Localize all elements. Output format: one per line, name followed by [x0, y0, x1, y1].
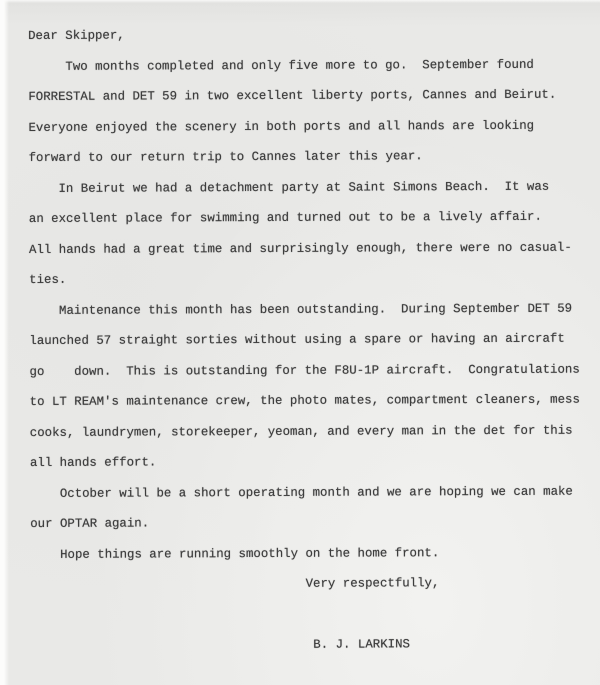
letter-line: Hope things are running smoothly on the …	[30, 537, 580, 570]
letter-line: FORRESTAL and DET 59 in two excellent li…	[28, 80, 578, 113]
letter-line-closing: Very respectfully,	[30, 568, 580, 601]
letter-line: October will be a short operating month …	[30, 476, 580, 509]
letter-line: forward to our return trip to Cannes lat…	[29, 141, 579, 174]
letter-line: In Beirut we had a detachment party at S…	[29, 171, 579, 204]
letter-page: Dear Skipper, Two months completed and o…	[0, 0, 600, 685]
letter-line: all hands effort.	[30, 446, 580, 479]
letter-line: go down. This is outstanding for the F8U…	[29, 354, 579, 387]
letter-line: launched 57 straight sorties without usi…	[29, 324, 579, 357]
letter-line: cooks, laundrymen, storekeeper, yeoman, …	[30, 415, 580, 448]
letter-text: Dear Skipper, Two months completed and o…	[28, 19, 581, 662]
letter-line: All hands had a great time and surprisin…	[29, 232, 579, 265]
letter-line: Maintenance this month has been outstand…	[29, 293, 579, 326]
letter-line-salutation: Dear Skipper,	[28, 19, 578, 52]
letter-line-blank	[31, 598, 581, 631]
letter-line-signature: B. J. LARKINS	[31, 629, 581, 662]
letter-line: an excellent place for swimming and turn…	[29, 202, 579, 235]
letter-line: to LT REAM's maintenance crew, the photo…	[30, 385, 580, 418]
letter-line: Two months completed and only five more …	[28, 49, 578, 82]
letter-line: ties.	[29, 263, 579, 296]
letter-line: our OPTAR again.	[30, 507, 580, 540]
letter-line: Everyone enjoyed the scenery in both por…	[28, 110, 578, 143]
